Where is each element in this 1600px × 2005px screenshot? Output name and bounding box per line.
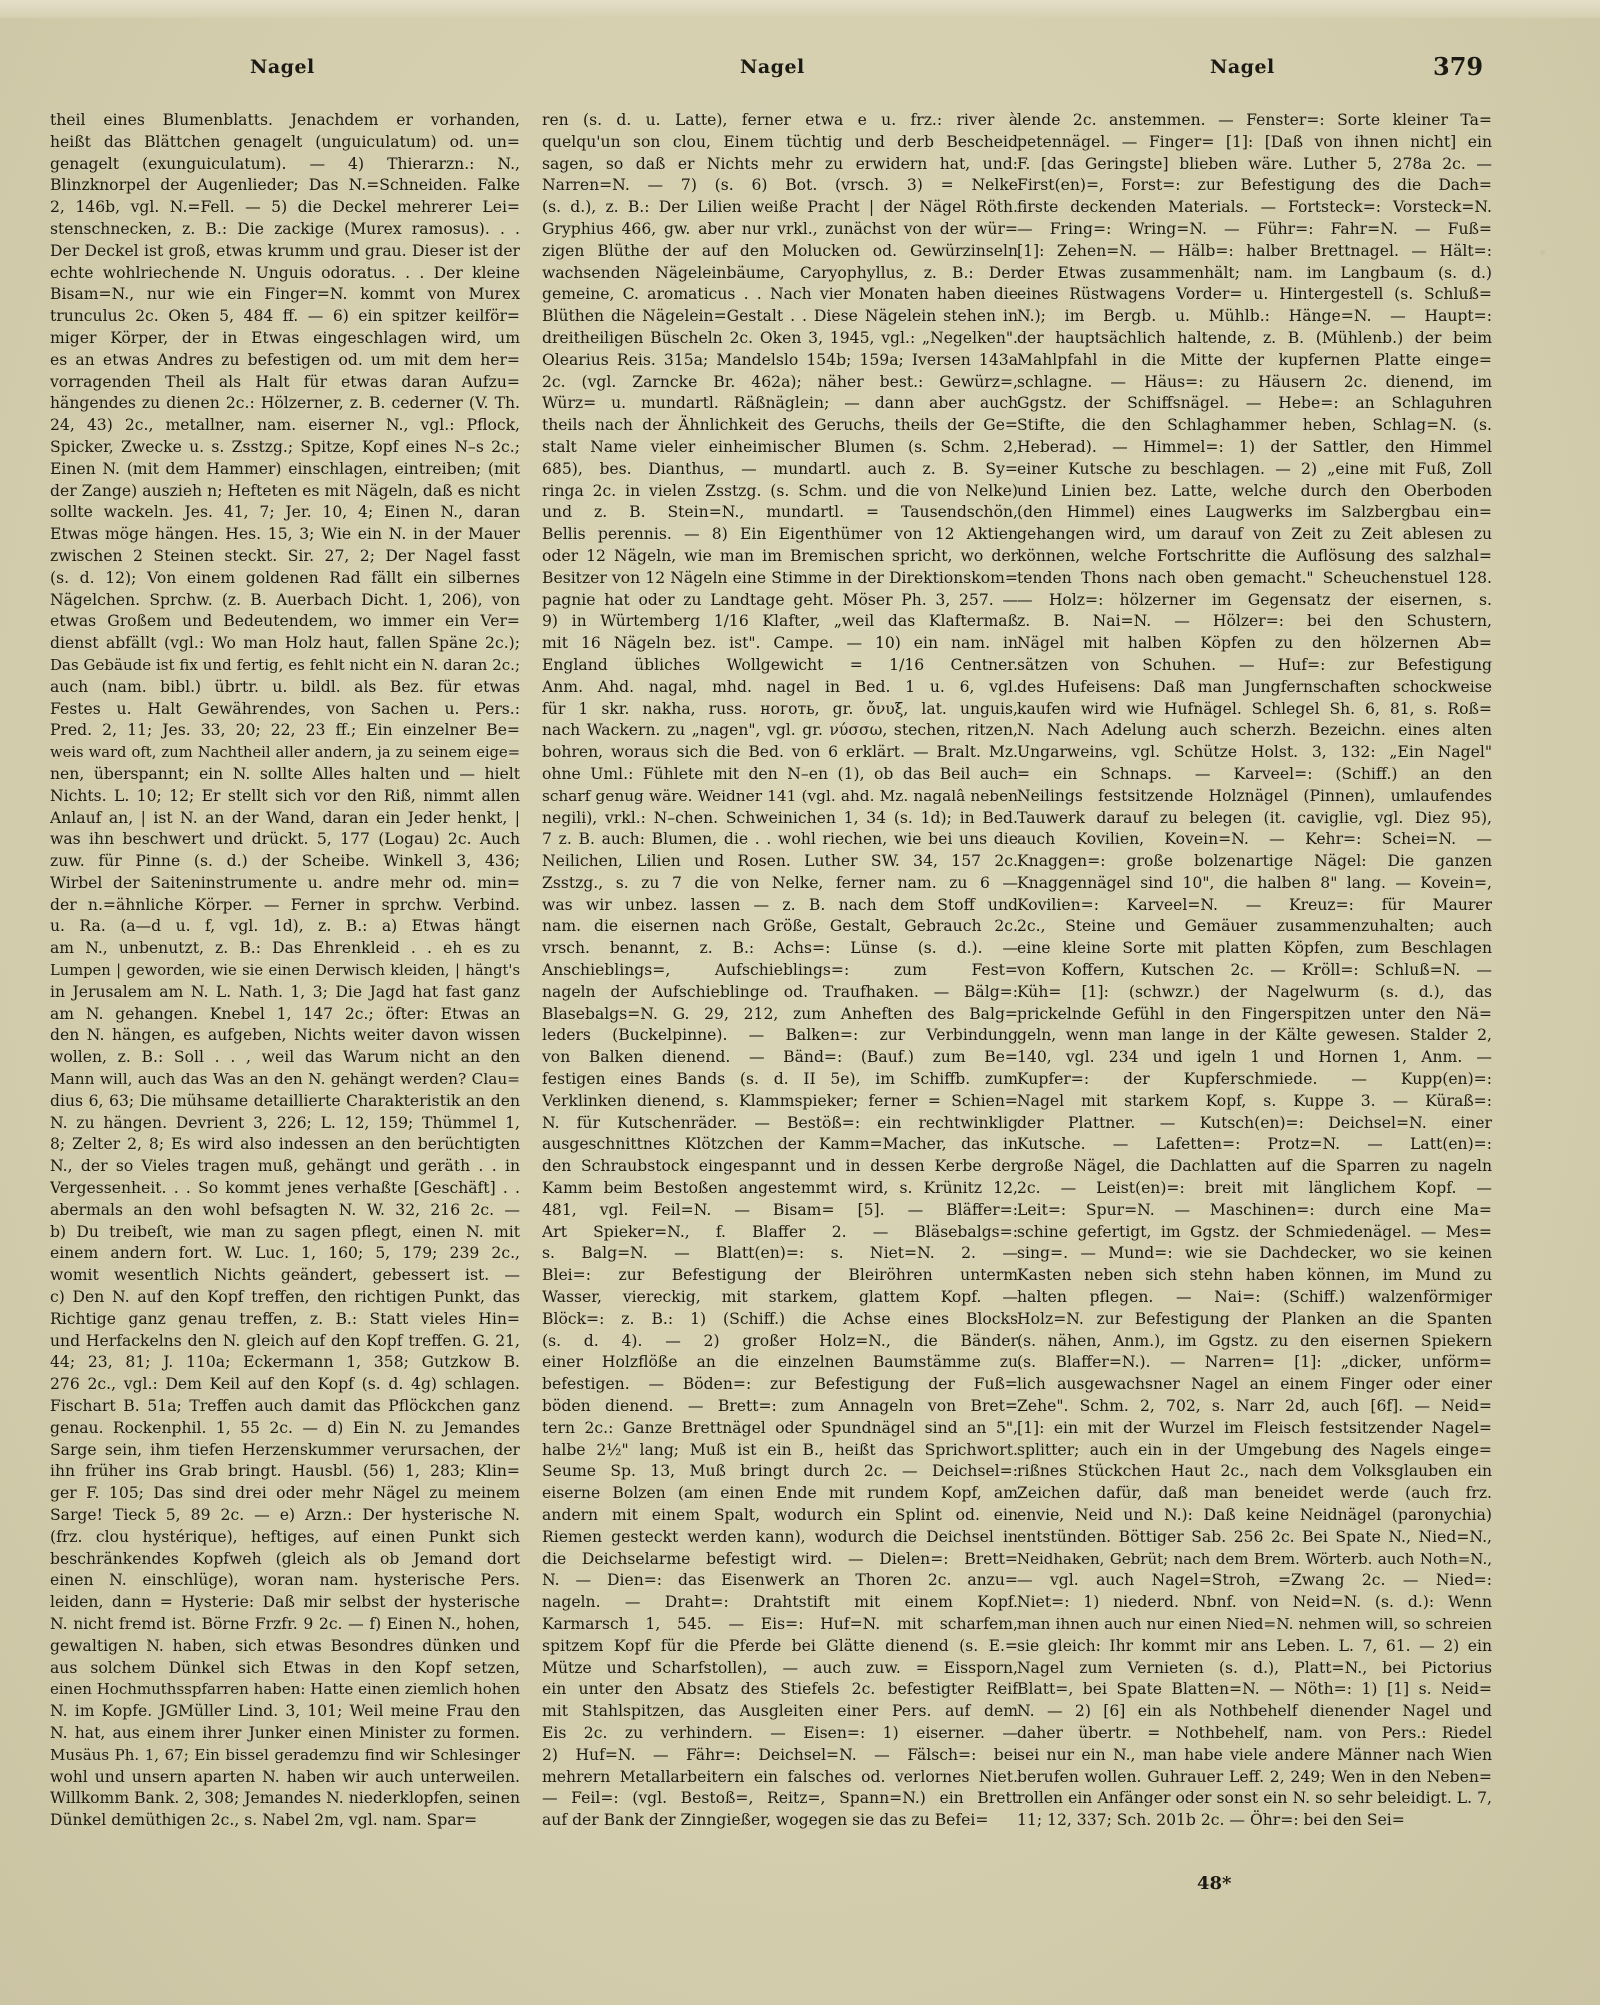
text-line: von Koffern, Kutschen 2c. — Kröll=: Schl… (1017, 960, 1492, 982)
text-line: einer Holzflöße an die einzelnen Baumstä… (542, 1352, 1018, 1374)
text-line: Tauwerk darauf zu belegen (it. caviglie,… (1017, 808, 1492, 830)
text-line: Karmarsch 1, 545. — Eis=: Huf=N. mit sch… (542, 1614, 1018, 1636)
text-line: — Feil=: (vgl. Bestoß=, Reitz=, Spann=N.… (542, 1788, 1018, 1810)
text-line: gewaltigen N. haben, sich etwas Besondre… (50, 1636, 520, 1658)
text-line: können, welche Fortschritte die Auflösun… (1017, 546, 1492, 568)
text-line: 2c. (vgl. Zarncke Br. 462a); näher best.… (542, 372, 1018, 394)
text-line: Blatt=, bei Spate Blatten=N. — Nöth=: 1)… (1017, 1679, 1492, 1701)
text-line: am N. gehangen. Knebel 1, 147 2c.; öfter… (50, 1004, 520, 1026)
text-line: leiden, dann = Hysterie: Daß mir selbst … (50, 1592, 520, 1614)
text-line: geln, wenn man lange in der Kälte gewese… (1017, 1025, 1492, 1047)
text-line: sagen, so daß er Nichts mehr zu erwidern… (542, 154, 1018, 176)
text-line: nageln der Aufschieblinge od. Traufhaken… (542, 982, 1018, 1004)
text-line: sätzen von Schuhen. — Huf=: zur Befestig… (1017, 655, 1492, 677)
text-line: Kamm beim Bestoßen angestemmt wird, s. K… (542, 1178, 1018, 1200)
text-line: Einen N. (mit dem Hammer) einschlagen, e… (50, 459, 520, 481)
text-line: befestigen. — Böden=: zur Befestigung de… (542, 1374, 1018, 1396)
text-line: 140, vgl. 234 und igeln 1 und Hornen 1, … (1017, 1047, 1492, 1069)
text-line: Leit=: Spur=N. — Maschinen=: durch eine … (1017, 1200, 1492, 1222)
text-line: 2) Huf=N. — Fähr=: Deichsel=N. — Fälsch=… (542, 1745, 1018, 1767)
text-line: 2, 146b, vgl. N.=Fell. — 5) die Deckel m… (50, 197, 520, 219)
text-line: u. Ra. (a—d u. f, vgl. 1d), z. B.: a) Et… (50, 916, 520, 938)
text-line: weis ward oft, zum Nachtheil aller ander… (50, 742, 520, 764)
text-line: Ungarweins, vgl. Schütze Holst. 3, 132: … (1017, 742, 1492, 764)
text-line: Zsstzg., s. zu 7 die von Nelke, ferner n… (542, 873, 1018, 895)
running-header: Nagel Nagel Nagel 379 (0, 56, 1600, 96)
text-line: N. Nach Adelung auch scherzh. Bezeichn. … (1017, 720, 1492, 742)
text-line: Kupfer=: der Kupferschmiede. — Kupp(en)=… (1017, 1069, 1492, 1091)
text-line: s. Balg=N. — Blatt(en)=: s. Niet=N. 2. — (542, 1243, 1018, 1265)
text-line: Nagel zum Vernieten (s. d.), Platt=N., b… (1017, 1658, 1492, 1680)
text-line: 685), bes. Dianthus, — mundartl. auch z.… (542, 459, 1018, 481)
text-line: auf der Bank der Zinngießer, wogegen sie… (542, 1810, 1018, 1832)
text-line: Mann will, auch das Was an den N. gehäng… (50, 1069, 520, 1091)
text-line: sie gleich: Ihr kommt mir ans Leben. L. … (1017, 1636, 1492, 1658)
text-line: splitter; auch ein in der Umgebung des N… (1017, 1440, 1492, 1462)
text-line: N. für Kutschenräder. — Bestöß=: ein rec… (542, 1113, 1018, 1135)
text-line: 2c. — Leist(en)=: breit mit länglichem K… (1017, 1178, 1492, 1200)
text-line: nen, überspannt; ein N. sollte Alles hal… (50, 764, 520, 786)
text-line: b) Du treibeſt, wie man zu sagen pflegt,… (50, 1222, 520, 1244)
text-line: etwas Großem und Bedeutendem, wo immer e… (50, 611, 520, 633)
text-line: in Jerusalem am N. L. Nath. 1, 3; Die Ja… (50, 982, 520, 1004)
text-line: Richtige ganz genau treffen, z. B.: Stat… (50, 1309, 520, 1331)
text-line: der Plattner. — Kutsch(en)=: Deichsel=N.… (1017, 1113, 1492, 1135)
text-line: N., der so Vieles tragen muß, gehängt un… (50, 1156, 520, 1178)
text-line: Willkomm Bank. 2, 308; Jemandes N. niede… (50, 1788, 520, 1810)
text-line: Fischart B. 51a; Treffen auch damit das … (50, 1396, 520, 1418)
text-line: 276 2c., vgl.: Dem Keil auf den Kopf (s.… (50, 1374, 520, 1396)
text-line: 2c., Steine und Gemäuer zusammenzuhalten… (1017, 916, 1492, 938)
text-line: lich ausgewachsner Nagel an einem Finger… (1017, 1374, 1492, 1396)
text-line: mit 16 Nägeln bez. ist". Campe. — 10) ei… (542, 633, 1018, 655)
text-line: einen N. einschlüge), woran nam. hysteri… (50, 1570, 520, 1592)
text-line: Nagel mit starkem Kopf, s. Kuppe 3. — Kü… (1017, 1091, 1492, 1113)
text-line: und Herfackelns den N. gleich auf den Ko… (50, 1331, 520, 1353)
text-line: F. [das Geringste] blieben wäre. Luther … (1017, 154, 1492, 176)
text-line: pagnie hat oder zu Landtage geht. Möser … (542, 590, 1018, 612)
text-line: Blöck=: z. B.: 1) (Schiff.) die Achse ei… (542, 1309, 1018, 1331)
text-line: Art Spieker=N., f. Blaffer 2. — Bläsebal… (542, 1222, 1018, 1244)
text-line: was wir unbez. lassen — z. B. nach dem S… (542, 895, 1018, 917)
text-line: Musäus Ph. 1, 67; Ein bissel gerademzu f… (50, 1745, 520, 1767)
text-line: negili), vrkl.: N–chen. Schweinichen 1, … (542, 808, 1018, 830)
text-line: schine gefertigt, im Ggstz. der Schmiede… (1017, 1222, 1492, 1244)
text-line: nageln. — Draht=: Drahtstift mit einem K… (542, 1592, 1018, 1614)
text-line: leders (Buckelpinne). — Balken=: zur Ver… (542, 1025, 1018, 1047)
text-line: Nägel mit halben Köpfen zu den hölzernen… (1017, 633, 1492, 655)
text-line: Blasebalgs=N. G. 29, 212, zum Anheften d… (542, 1004, 1018, 1026)
text-line: theil eines Blumenblatts. Jenachdem er v… (50, 110, 520, 132)
text-line: ihn früher ins Grab bringt. Hausbl. (56)… (50, 1461, 520, 1483)
text-column-middle: ren (s. d. u. Latte), ferner etwa e u. f… (542, 110, 1018, 1832)
text-line: Eis 2c. zu verhindern. — Eisen=: 1) eise… (542, 1723, 1018, 1745)
text-line: andern mit einem Spalt, wodurch ein Spli… (542, 1505, 1018, 1527)
text-line: Bellis perennis. — 8) Ein Eigenthümer vo… (542, 524, 1018, 546)
text-line: (s. Blaffer=N.). — Narren= [1]: „dicker,… (1017, 1352, 1492, 1374)
text-line: First(en)=, Forst=: zur Befestigung des … (1017, 175, 1492, 197)
text-line: Nägelchen. Sprchw. (z. B. Auerbach Dicht… (50, 590, 520, 612)
text-line: dius 6, 63; Die mühsame detaillierte Cha… (50, 1091, 520, 1113)
text-line: der n.=ähnliche Körper. — Ferner in sprc… (50, 895, 520, 917)
text-line: 7 z. B. auch: Blumen, die . . wohl riech… (542, 829, 1018, 851)
text-line: (s. d. 12); Von einem goldenen Rad fällt… (50, 568, 520, 590)
text-line: tern 2c.: Ganze Brettnägel oder Spundnäg… (542, 1418, 1018, 1440)
text-line: miger Körper, der in Etwas eingeschlagen… (50, 328, 520, 350)
text-line: Kovilien=: Karveel=N. — Kreuz=: für Maur… (1017, 895, 1492, 917)
text-line: am N., unbenutzt, z. B.: Das Ehrenkleid … (50, 938, 520, 960)
text-line: Vergessenheit. . . So kommt jenes verhaß… (50, 1178, 520, 1200)
text-line: ausgeschnittnes Klötzchen der Kamm=Mache… (542, 1134, 1018, 1156)
text-line: Lumpen | geworden, wie sie einen Derwisc… (50, 960, 520, 982)
running-head-left: Nagel (250, 56, 315, 78)
text-line: wohl und unsern aparten N. haben wir auc… (50, 1767, 520, 1789)
text-line: Küh= [1]: (schwzr.) der Nagelwurm (s. d.… (1017, 982, 1492, 1004)
text-line: Mahlpfahl in die Mitte der kupfernen Pla… (1017, 350, 1492, 372)
text-line: oder 12 Nägeln, wie man im Bremischen sp… (542, 546, 1018, 568)
text-line: Olearius Reis. 315a; Mandelslo 154b; 159… (542, 350, 1018, 372)
text-line: böden dienend. — Brett=: zum Annageln vo… (542, 1396, 1018, 1418)
text-line: Das Gebäude ist fix und fertig, es fehlt… (50, 655, 520, 677)
text-line: und z. B. Stein=N., mundartl. = Tausends… (542, 502, 1018, 524)
text-line: ren (s. d. u. Latte), ferner etwa e u. f… (542, 110, 1018, 132)
text-line: Blei=: zur Befestigung der Bleiröhren un… (542, 1265, 1018, 1287)
text-line: man ihnen auch nur einen Nied=N. nehmen … (1017, 1614, 1492, 1636)
text-line: Sarge! Tieck 5, 89 2c. — e) Arzn.: Der h… (50, 1505, 520, 1527)
text-line: [1]: ein mit der Wurzel im Fleisch fests… (1017, 1418, 1492, 1440)
text-line: lende 2c. anstemmen. — Fenster=: Sorte k… (1017, 110, 1492, 132)
text-column-right: lende 2c. anstemmen. — Fenster=: Sorte k… (1017, 110, 1492, 1832)
text-line: bohren, woraus sich die Bed. von 6 erklä… (542, 742, 1018, 764)
text-line: für 1 skr. nakha, russ. ноготь, gr. ὄνυξ… (542, 699, 1018, 721)
text-line: England übliches Wollgewicht = 1/16 Cent… (542, 655, 1018, 677)
text-line: Nichts. L. 10; 12; Er stellt sich vor de… (50, 786, 520, 808)
text-line: es an etwas Andres zu befestigen od. um … (50, 350, 520, 372)
text-line: sei nur ein N., man habe viele andere Mä… (1017, 1745, 1492, 1767)
text-line: Wasser, viereckig, mit starkem, glattem … (542, 1287, 1018, 1309)
text-line: dreitheiligen Büscheln 2c. Oken 3, 1945,… (542, 328, 1018, 350)
text-line: Würz= u. mundartl. Räßnäglein; — dann ab… (542, 393, 1018, 415)
text-line: 11; 12, 337; Sch. 201b 2c. — Öhr=: bei d… (1017, 1810, 1492, 1832)
text-line: genagelt (exunguiculatum). — 4) Thierarz… (50, 154, 520, 176)
text-line: echte wohlriechende N. Unguis odoratus. … (50, 263, 520, 285)
text-line: Mütze und Scharfstollen), — auch zuw. = … (542, 1658, 1018, 1680)
text-line: auch Kovilien, Kovein=N. — Kehr=: Schei=… (1017, 829, 1492, 851)
text-line: Der Deckel ist groß, etwas krumm und gra… (50, 241, 520, 263)
text-line: die Deichselarme befestigt wird. — Diele… (542, 1549, 1018, 1571)
text-line: prickelnde Gefühl in den Fingerspitzen u… (1017, 1004, 1492, 1026)
text-line: Kasten neben sich stehn haben können, im… (1017, 1265, 1492, 1287)
text-line: (s. d.), z. B.: Der Lilien weiße Pracht … (542, 197, 1018, 219)
text-line: 44; 23, 81; J. 110a; Eckermann 1, 358; G… (50, 1352, 520, 1374)
text-line: stenschnecken, z. B.: Die zackige (Murex… (50, 219, 520, 241)
text-line: entstünden. Böttiger Sab. 256 2c. Bei Sp… (1017, 1527, 1492, 1549)
text-line: vorragenden Theil als Halt für etwas dar… (50, 372, 520, 394)
text-line: daher übertr. = Nothbehelf, nam. von Per… (1017, 1723, 1492, 1745)
text-line: Narren=N. — 7) (s. 6) Bot. (vrsch. 3) = … (542, 175, 1018, 197)
text-line: [1]: Zehen=N. — Hälb=: halber Brettnagel… (1017, 241, 1492, 263)
text-line: und Linien bez. Latte, welche durch den … (1017, 481, 1492, 503)
text-line: (s. nähen, Anm.), im Ggstz. zu den eiser… (1017, 1331, 1492, 1353)
text-line: der Etwas zusammenhält; nam. im Langbaum… (1017, 263, 1492, 285)
text-line: scharf genug wäre. Weidner 141 (vgl. ahd… (542, 786, 1018, 808)
text-line: abermals an den wohl befsagten N. W. 32,… (50, 1200, 520, 1222)
text-line: N. — Dien=: das Eisenwerk an Thoren 2c. … (542, 1570, 1018, 1592)
text-line: schlagne. — Häus=: zu Häusern 2c. dienen… (1017, 372, 1492, 394)
text-line: spitzem Kopf für die Pferde bei Glätte d… (542, 1636, 1018, 1658)
text-line: eine kleine Sorte mit platten Köpfen, zu… (1017, 938, 1492, 960)
paper-speck (1540, 250, 1545, 255)
text-line: Heberad). — Himmel=: 1) der Sattler, den… (1017, 437, 1492, 459)
text-line: petennägel. — Finger= [1]: [Daß von ihne… (1017, 132, 1492, 154)
text-line: 8; Zelter 2, 8; Es wird also indessen an… (50, 1134, 520, 1156)
text-line: Wirbel der Saiteninstrumente u. andre me… (50, 873, 520, 895)
text-line: Knaggennägel sind 10", die halben 8" lan… (1017, 873, 1492, 895)
text-line: Zeichen dafür, daß man beneidet werde (a… (1017, 1483, 1492, 1505)
text-line: eiserne Bolzen (am einen Ende mit rundem… (542, 1483, 1018, 1505)
text-line: ohne Uml.: Fühlete mit den N–en (1), ob … (542, 764, 1018, 786)
text-line: halten pflegen. — Nai=: (Schiff.) walzen… (1017, 1287, 1492, 1309)
text-line: womit wesentlich Nichts geändert, gebess… (50, 1265, 520, 1287)
text-line: N. nicht fremd ist. Börne Frzfr. 9 2c. —… (50, 1614, 520, 1636)
text-line: 9) in Würtemberg 1/16 Klafter, „weil das… (542, 611, 1018, 633)
text-line: Spicker, Zwecke u. s. Zsstzg.; Spitze, K… (50, 437, 520, 459)
text-line: rollen ein Anfänger oder sonst ein N. so… (1017, 1788, 1492, 1810)
text-line: den Schraubstock eingespannt und in dess… (542, 1156, 1018, 1178)
text-line: Festes u. Halt Gewährendes, von Sachen u… (50, 699, 520, 721)
text-line: Neidhaken, Gebrüt; nach dem Brem. Wörter… (1017, 1549, 1492, 1571)
text-line: Blinzknorpel der Augenlieder; Das N.=Sch… (50, 175, 520, 197)
text-line: Neilings festsitzende Holznägel (Pinnen)… (1017, 786, 1492, 808)
text-line: einen Hochmuthsspfarren haben: Hatte ein… (50, 1679, 520, 1701)
text-line: theils nach der Ähnlichkeit des Geruchs,… (542, 415, 1018, 437)
text-line: von Balken dienend. — Bänd=: (Bauf.) zum… (542, 1047, 1018, 1069)
text-line: c) Den N. auf den Kopf treffen, den rich… (50, 1287, 520, 1309)
text-line: aus solchem Dünkel sich Etwas in den Kop… (50, 1658, 520, 1680)
text-line: Anlauf an, | ist N. an der Wand, daran e… (50, 808, 520, 830)
text-line: Dünkel demüthigen 2c., s. Nabel 2m, vgl.… (50, 1810, 520, 1832)
text-line: der Zange) auszieh n; Hefteten es mit Nä… (50, 481, 520, 503)
text-line: Neilichen, Lilien und Rosen. Luther SW. … (542, 851, 1018, 873)
text-line: Niet=: 1) niederd. Nbnf. von Neid=N. (s.… (1017, 1592, 1492, 1614)
text-line: Sarge sein, ihm tiefen Herzenskummer ver… (50, 1440, 520, 1462)
text-line: ein unter den Absatz des Stiefels 2c. be… (542, 1679, 1018, 1701)
text-line: stalt Name vieler einheimischer Blumen (… (542, 437, 1018, 459)
text-line: zwischen 2 Steinen steckt. Sir. 27, 2; D… (50, 546, 520, 568)
text-line: (s. d. 4). — 2) großer Holz=N., die Bänd… (542, 1331, 1018, 1353)
text-line: sing=. — Mund=: wie sie Dachdecker, wo s… (1017, 1243, 1492, 1265)
text-line: tenden Thons nach oben gemacht." Scheuch… (1017, 568, 1492, 590)
text-line: = ein Schnaps. — Karveel=: (Schiff.) an … (1017, 764, 1492, 786)
text-line: N.); im Bergb. u. Mühlb.: Hänge=N. — Hau… (1017, 306, 1492, 328)
text-line: — Holz=: hölzerner im Gegensatz der eise… (1017, 590, 1492, 612)
running-head-right: Nagel (1210, 56, 1275, 78)
text-line: Etwas möge hängen. Hes. 15, 3; Wie ein N… (50, 524, 520, 546)
text-line: Riemen gesteckt werden kann), wodurch di… (542, 1527, 1018, 1549)
text-line: mit Stahlspitzen, das Ausgleiten einer P… (542, 1701, 1018, 1723)
text-line: nach Wackern. zu „nagen", vgl. gr. νύσσω… (542, 720, 1018, 742)
text-line: auch (nam. bibl.) übrtr. u. bildl. als B… (50, 677, 520, 699)
text-line: rißnes Stückchen Haut 2c., nach dem Volk… (1017, 1461, 1492, 1483)
signature-mark: 48* (1197, 1873, 1231, 1894)
text-line: den N. hängen, es aufgeben, Nichts weite… (50, 1025, 520, 1047)
text-line: nam. die eisernen nach Größe, Gestalt, G… (542, 916, 1018, 938)
text-line: einem andern fort. W. Luc. 1, 160; 5, 17… (50, 1243, 520, 1265)
text-line: des Hufeisens: Daß man Jungfernschaften … (1017, 677, 1492, 699)
text-line: hängendes zu dienen 2c.: Hölzerner, z. B… (50, 393, 520, 415)
text-line: eines Rüstwagens Vorder= u. Hintergestel… (1017, 284, 1492, 306)
text-line: Pred. 2, 11; Jes. 33, 20; 22, 23 ff.; Ei… (50, 720, 520, 742)
text-line: Verklinken dienend, s. Klammspieker; fer… (542, 1091, 1018, 1113)
text-line: einer Kutsche zu beschlagen. — 2) „eine … (1017, 459, 1492, 481)
text-line: genau. Rockenphil. 1, 55 2c. — d) Ein N.… (50, 1418, 520, 1440)
text-line: Knaggen=: große bolzenartige Nägel: Die … (1017, 851, 1492, 873)
text-line: gemeine, C. aromaticus . . Nach vier Mon… (542, 284, 1018, 306)
text-line: 481, vgl. Feil=N. — Bisam= [5]. — Bläffe… (542, 1200, 1018, 1222)
text-line: wachsenden Nägeleinbäume, Caryophyllus, … (542, 263, 1018, 285)
text-line: Holz=N. zur Befestigung der Planken an d… (1017, 1309, 1492, 1331)
text-line: beschränkendes Kopfweh (gleich als ob Je… (50, 1549, 520, 1571)
text-line: zigen Blüthe der auf den Molucken od. Ge… (542, 241, 1018, 263)
text-line: N. zu hängen. Devrient 3, 226; L. 12, 15… (50, 1113, 520, 1135)
text-line: N. — 2) [6] ein als Nothbehelf dienender… (1017, 1701, 1492, 1723)
text-line: Blüthen die Nägelein=Gestalt . . Diese N… (542, 306, 1018, 328)
scan-top-edge (0, 0, 1600, 18)
text-line: heißt das Blättchen genagelt (unguiculat… (50, 132, 520, 154)
text-line: — Fring=: Wring=N. — Führ=: Fahr=N. — Fu… (1017, 219, 1492, 241)
text-line: was ihn beschwert und drückt. 5, 177 (Lo… (50, 829, 520, 851)
text-column-left: theil eines Blumenblatts. Jenachdem er v… (50, 110, 520, 1832)
page-number: 379 (1433, 52, 1483, 81)
text-line: große Nägel, die Dachlatten auf die Spar… (1017, 1156, 1492, 1178)
text-line: Besitzer von 12 Nägeln eine Stimme in de… (542, 568, 1018, 590)
text-line: (den Himmel) eines Laugwerks im Salzberg… (1017, 502, 1492, 524)
text-line: ger F. 105; Das sind drei oder mehr Näge… (50, 1483, 520, 1505)
text-line: zuw. für Pinne (s. d.) der Scheibe. Wink… (50, 851, 520, 873)
text-line: quelqu'un son clou, Einem tüchtig und de… (542, 132, 1018, 154)
text-line: N. im Kopfe. JGMüller Lind. 3, 101; Weil… (50, 1701, 520, 1723)
text-line: trunculus 2c. Oken 5, 484 ff. — 6) ein s… (50, 306, 520, 328)
text-line: N. hat, aus einem ihrer Junker einen Min… (50, 1723, 520, 1745)
text-line: mehrern Metallarbeitern ein falsches od.… (542, 1767, 1018, 1789)
text-line: halbe 2½" lang; Muß ist ein B., heißt da… (542, 1440, 1018, 1462)
text-line: Zehe". Schm. 2, 702, s. Narr 2d, auch [6… (1017, 1396, 1492, 1418)
text-line: (frz. clou hystérique), heftiges, auf ei… (50, 1527, 520, 1549)
text-line: Kutsche. — Lafetten=: Protz=N. — Latt(en… (1017, 1134, 1492, 1156)
text-line: Gryphius 466, gw. aber nur vrkl., zunäch… (542, 219, 1018, 241)
text-line: kaufen wird wie Hufnägel. Schlegel Sh. 6… (1017, 699, 1492, 721)
text-line: Ggstz. der Schiffsnägel. — Hebe=: an Sch… (1017, 393, 1492, 415)
text-line: — vgl. auch Nagel=Stroh, =Zwang 2c. — Ni… (1017, 1570, 1492, 1592)
running-head-center: Nagel (740, 56, 805, 78)
text-line: Seume Sp. 13, Muß bringt durch 2c. — Dei… (542, 1461, 1018, 1483)
text-line: berufen wollen. Guhrauer Leff. 2, 249; W… (1017, 1767, 1492, 1789)
text-line: Bisam=N., nur wie ein Finger=N. kommt vo… (50, 284, 520, 306)
text-line: Stifte, die den Schlaghammer heben, Schl… (1017, 415, 1492, 437)
text-line: dienst abfällt (vgl.: Wo man Holz haut, … (50, 633, 520, 655)
text-line: 24, 43) 2c., metallner, nam. eiserner N.… (50, 415, 520, 437)
text-line: Anm. Ahd. nagal, mhd. nagel in Bed. 1 u.… (542, 677, 1018, 699)
text-line: gehangen wird, um darauf von Zeit zu Zei… (1017, 524, 1492, 546)
text-line: Anschieblings=, Aufschieblings=: zum Fes… (542, 960, 1018, 982)
text-line: festigen eines Bands (s. d. II 5e), im S… (542, 1069, 1018, 1091)
text-line: firste deckenden Materials. — Fortsteck=… (1017, 197, 1492, 219)
text-line: envie, Neid und N.): Daß keine Neidnägel… (1017, 1505, 1492, 1527)
text-line: wollen, z. B.: Soll . . , weil das Warum… (50, 1047, 520, 1069)
text-line: sollte wackeln. Jes. 41, 7; Jer. 10, 4; … (50, 502, 520, 524)
text-line: vrsch. benannt, z. B.: Achs=: Lünse (s. … (542, 938, 1018, 960)
text-line: der hauptsächlich haltende, z. B. (Mühle… (1017, 328, 1492, 350)
text-line: z. B. Nai=N. — Hölzer=: bei den Schuster… (1017, 611, 1492, 633)
text-line: ringa 2c. in vielen Zsstzg. (s. Schm. un… (542, 481, 1018, 503)
